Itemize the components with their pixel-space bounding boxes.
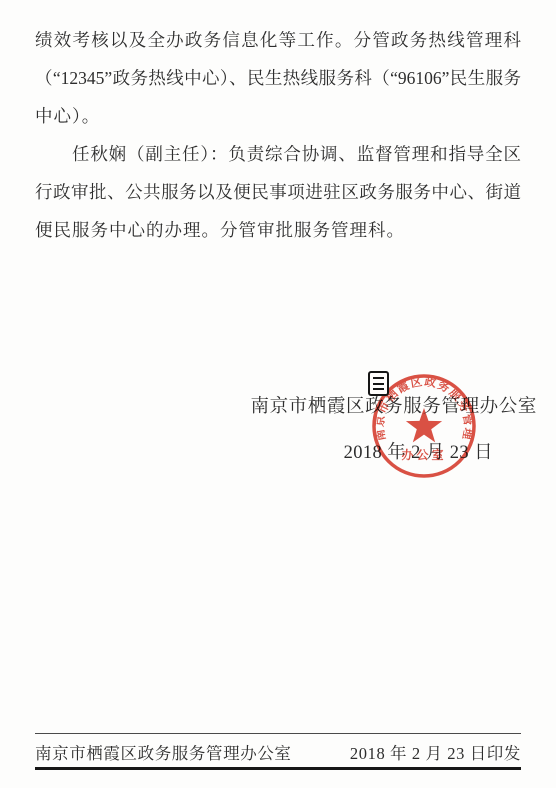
footer-bottom-rule [35, 767, 521, 770]
paragraph-2-line-3: 便民服务中心的办理。分管审批服务管理科。 [35, 211, 521, 249]
seal-star-icon [406, 408, 442, 442]
paragraph-1-line-3: 中心）。 [35, 97, 521, 135]
paragraph-1: 绩效考核以及全办政务信息化等工作。分管政务热线管理科 （“12345”政务热线中… [35, 21, 521, 135]
footer-issuer: 南京市栖霞区政务服务管理办公室 [35, 740, 292, 764]
footer-top-rule [35, 733, 521, 734]
paragraph-2-line-2: 行政审批、公共服务以及便民事项进驻区政务服务中心、街道 [35, 173, 521, 211]
document-body: 绩效考核以及全办政务信息化等工作。分管政务热线管理科 （“12345”政务热线中… [35, 21, 521, 249]
seal-bottom-text: 办公室 [401, 447, 446, 462]
paragraph-1-line-2: （“12345”政务热线中心）、民生热线服务科（“96106”民生服务 [35, 59, 521, 97]
document-icon [368, 371, 389, 396]
paragraph-2-line-1: 任秋娴（副主任）：负责综合协调、监督管理和指导全区 [35, 135, 521, 173]
paragraph-2: 任秋娴（副主任）：负责综合协调、监督管理和指导全区 行政审批、公共服务以及便民事… [35, 135, 521, 249]
footer-print-date: 2018 年 2 月 23 日印发 [350, 740, 521, 764]
paragraph-1-line-1: 绩效考核以及全办政务信息化等工作。分管政务热线管理科 [35, 21, 521, 59]
footer: 南京市栖霞区政务服务管理办公室 2018 年 2 月 23 日印发 [35, 740, 521, 764]
scanned-document-page: 绩效考核以及全办政务信息化等工作。分管政务热线管理科 （“12345”政务热线中… [0, 0, 556, 788]
